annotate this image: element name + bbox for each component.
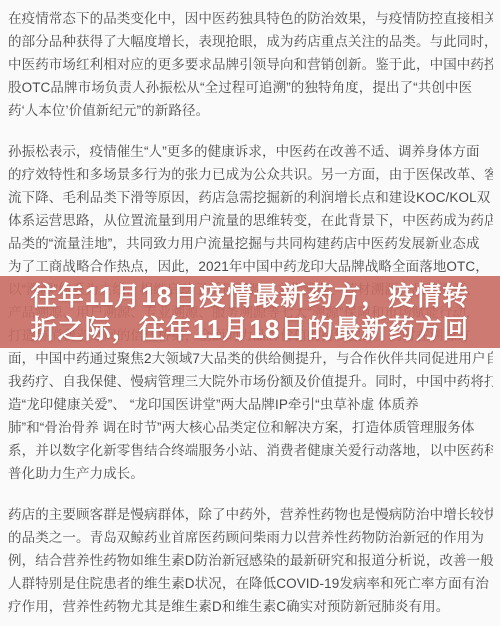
text-line: 为了工商战略合作热点，因此，2021年中国中药龙印大品牌战略全面落地OTC，: [8, 255, 493, 278]
banner-title-line-1: 往年11月18日疫情最新药方，疫情转: [0, 280, 500, 313]
text-line: 股OTC品牌市场负责人孙振松从“全过程可追溯”的独特角度，提出了“共创中医: [8, 76, 493, 99]
text-line: 肺”和“骨治骨养 调在时节”两大核心品类定位和解决方案，打造体质管理服务体: [8, 416, 493, 439]
text-line: 面，中国中药通过聚焦2大领域7大品类的供给侧提升，与合作伙伴共同促进用户自: [8, 347, 493, 370]
text-line: 人群特别是住院患者的维生素D状况，在降低COVID-19发病率和死亡率方面有治: [8, 572, 493, 595]
article-page: 在疫情常态下的品类变化中，因中医药独具特色的防治效果，与疫情防控直接相关 的部分…: [0, 0, 500, 626]
text-line: 我药疗、自我保健、慢病管理三大院外市场份额及价值提升。同时，中国中药将打: [8, 370, 493, 393]
text-line: 流下降、毛利品类下滑等原因，药店急需挖掘新的利润增长点和建设KOC/KOL双: [8, 186, 493, 209]
text-line: 疗作用，营养性药物尤其是维生素D和维生素C确实对预防新冠肺炎有用。: [8, 595, 493, 618]
text-line: 的疗效特性和多场景多行为的张力已成为公众共识。另一方面，由于医保改革、客: [8, 163, 493, 186]
text-line: 普化助力生产力成长。: [8, 462, 493, 485]
text-line: 例，结合营养性药物如维生素D防治新冠感染的最新研究和报道分析说，改善一般: [8, 549, 493, 572]
text-line: 药‘人本位’价值新纪元”的新路径。: [8, 99, 493, 122]
text-line: 品类的“流量洼地”，共同致力用户流量挖掘与共同构建药店中医药发展新业态成: [8, 232, 493, 255]
text-line: 在疫情常态下的品类变化中，因中医药独具特色的防治效果，与疫情防控直接相关: [8, 7, 493, 30]
paragraph-3: 药店的主要顾客群是慢病群体，除了中药外，营养性药物也是慢病防治中增长较快 的品类…: [8, 503, 493, 618]
text-line: 的品类之一。青岛双鲸药业首席医药顾问柴雨力以营养性药物防治新冠的作用为: [8, 526, 493, 549]
headline-banner[interactable]: 往年11月18日疫情最新药方，疫情转 折之际，往年11月18日的最新药方回: [0, 276, 500, 348]
paragraph-1: 在疫情常态下的品类变化中，因中医药独具特色的防治效果，与疫情防控直接相关 的部分…: [8, 7, 493, 122]
text-line: 系，并以数字化新零售结合终端服务小站、消费者健康关爱行动落地，以中医药科: [8, 439, 493, 462]
banner-title-line-2: 折之际，往年11月18日的最新药方回: [0, 313, 500, 346]
text-line: 药店的主要顾客群是慢病群体，除了中药外，营养性药物也是慢病防治中增长较快: [8, 503, 493, 526]
text-line: 孙振松表示，疫情催生“人”更多的健康诉求，中医药在改善不适、调养身体方面: [8, 140, 493, 163]
text-line: 的部分品种获得了大幅度增长，表现抢眼，成为药店重点关注的品类。与此同时，: [8, 30, 493, 53]
text-line: 体系运营思路，从位置流量到用户流量的思维转变，在此背景下，中医药成为药店: [8, 209, 493, 232]
text-line: 中医药市场红利相对应的更多要求品牌引领导向和营销创新。鉴于此，中国中药控: [8, 53, 493, 76]
text-line: 造“龙印健康关爱”、 “龙印国医讲堂”两大品牌IP牵引“虫草补虚 体质养: [8, 393, 493, 416]
